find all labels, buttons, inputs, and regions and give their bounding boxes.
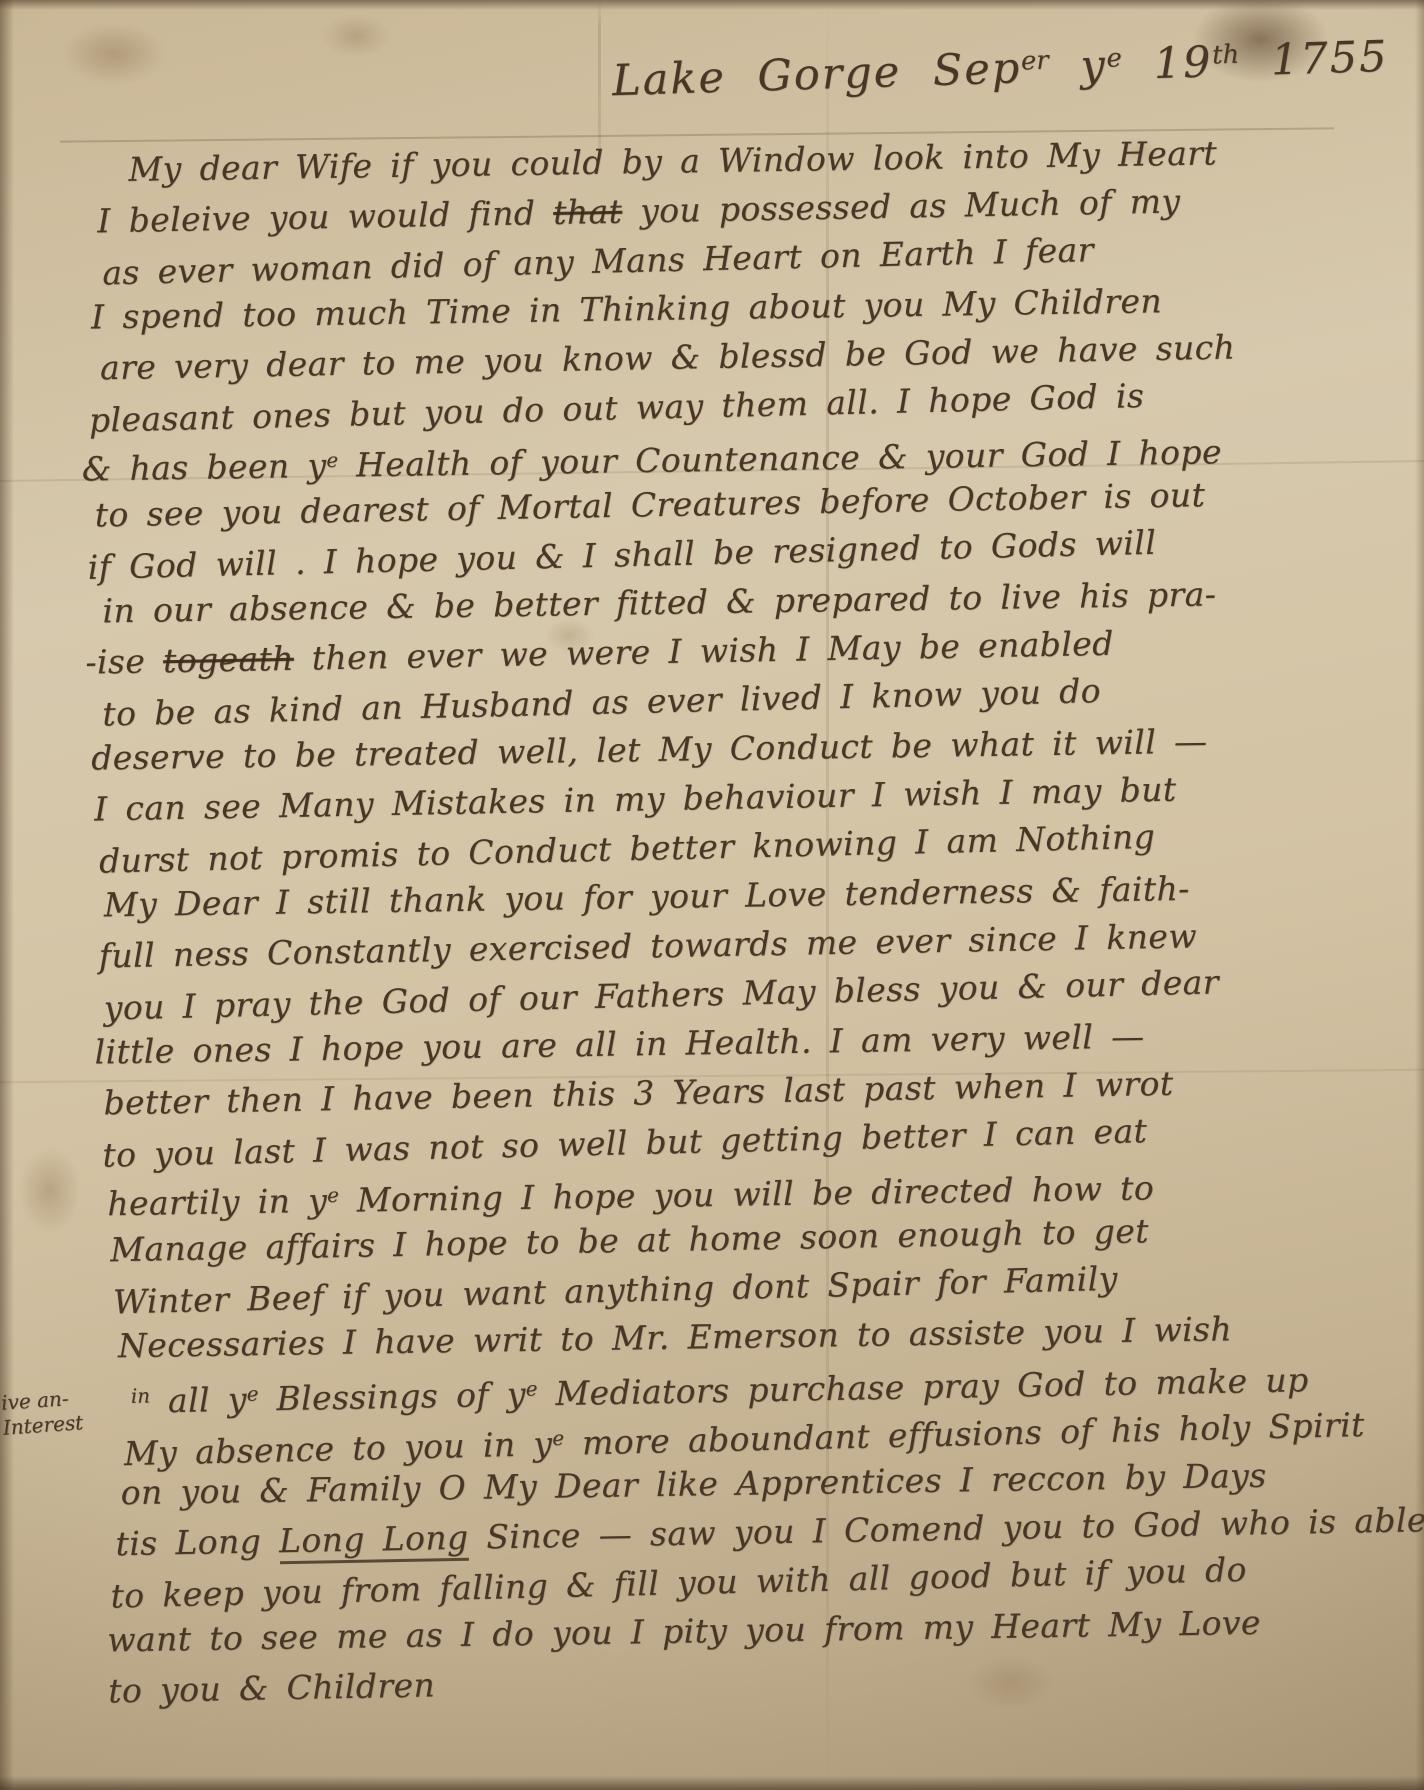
margin-note: ive an- Interest [0,1385,84,1440]
letter-segment-sup: er [1021,46,1050,77]
letter-segment: -ise [85,641,163,681]
letter-segment-strike: that [553,192,623,232]
letter-segment-sup: e [1106,43,1122,73]
letter-segment: tis Long [115,1521,279,1563]
letter-segment-sup: e [326,449,338,472]
letter-segment: to you & Children [108,1665,436,1710]
letter-segment-sup: e [552,1427,564,1450]
letter-lines: My dear Wife if you could by a Window lo… [0,123,1424,1717]
letter-photograph: Lake Gorge Seper ye 19th 1755 My dear Wi… [0,0,1424,1790]
letter-segment-sup: e [327,1184,339,1207]
letter-segment-sup: e [525,1377,537,1400]
letter-segment: y [1048,41,1108,93]
letter-segment: 19 [1121,37,1213,90]
letter-segment: Blessings of y [258,1375,526,1419]
letter-segment-sup: th [1212,40,1240,71]
letter-segment: heartily in y [107,1181,327,1223]
letter-segment: you possessed as Much of my [622,181,1181,230]
letter-segment: 1755 [1239,32,1390,87]
letter-segment: I beleive you would find [97,193,554,240]
letter-segment-strike: togeath [163,639,294,680]
letter-segment: & has been y [82,446,327,489]
letter-segment: all y [150,1380,248,1421]
letter-segment-sup: e [247,1383,259,1406]
letter-segment-underline: Long Long [279,1518,469,1564]
letter-segment-sup: in [131,1385,150,1408]
